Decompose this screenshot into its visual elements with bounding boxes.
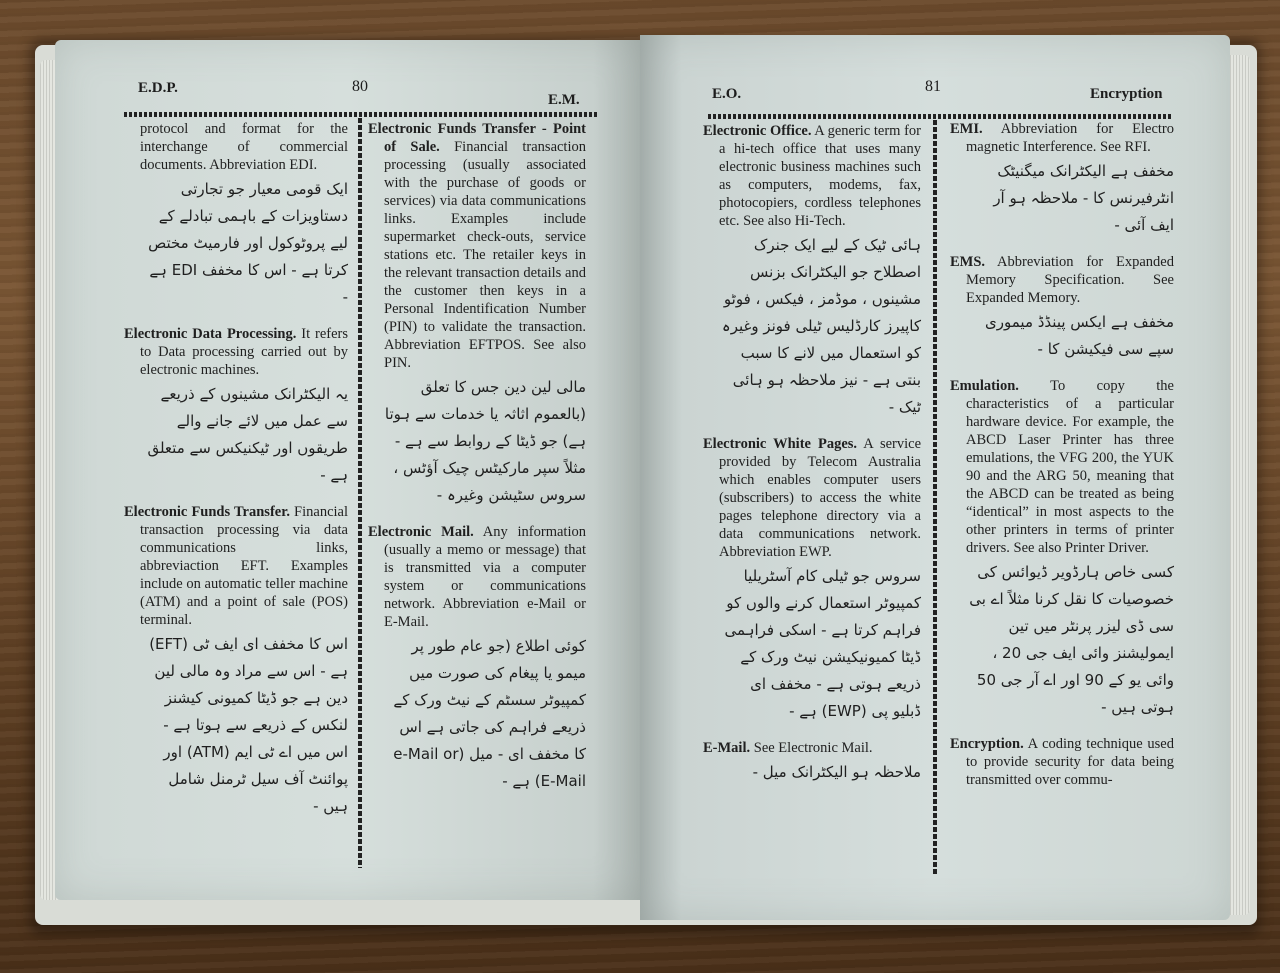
entry-urdu-definition: مخفف ہے ایکس پینڈڈ میموری سپے سی فیکیشن … [950, 309, 1174, 363]
right-page-column-1: Electronic Office. A generic term for a … [703, 122, 921, 800]
entry-urdu-definition: سروس جو ٹیلی کام آسٹریلیا کمپیوٹر استعما… [703, 563, 921, 725]
dictionary-entry: Electronic Data Processing. It refers to… [124, 325, 348, 489]
entry-urdu-definition: مالی لین دین جس کا تعلق (بالعموم اثاثہ ی… [368, 374, 586, 509]
entry-headword: Electronic Office. [703, 123, 811, 139]
entry-headword: Electronic Funds Transfer. [124, 504, 290, 520]
entry-urdu-definition: کسی خاص ہارڈویر ڈیوائس کی خصوصیات کا نقل… [950, 559, 1174, 721]
entry-english-definition: See Electronic Mail. [754, 740, 873, 756]
entry-english-definition: A service provided by Telecom Australia … [719, 436, 921, 560]
entry-headword: EMS. [950, 254, 985, 270]
entry-urdu-definition: اس کا مخفف ای ایف ٹی (EFT) ہے - اس سے مر… [124, 631, 348, 820]
dictionary-entry: Electronic Funds Transfer. Financial tra… [124, 503, 348, 820]
dictionary-entry: Encryption. A coding technique used to p… [950, 735, 1174, 789]
entry-urdu-definition: کوئی اطلاع (جو عام طور پر میمو یا پیغام … [368, 633, 586, 795]
dictionary-entry: Emulation. To copy the characteristics o… [950, 377, 1174, 721]
entry-urdu-definition: یہ الیکٹرانک مشینوں کے ذریعے سے عمل میں … [124, 381, 348, 489]
right-page-header-right: Encryption [1090, 86, 1163, 103]
right-page-column-divider [933, 120, 937, 875]
page-edges-right [1228, 55, 1250, 915]
dictionary-entry: EMS. Abbreviation for Expanded Memory Sp… [950, 253, 1174, 363]
entry-urdu-definition: ایک قومی معیار جو تجارتی دستاویزات کے با… [124, 176, 348, 311]
left-page-column-2: Electronic Funds Transfer - Point of Sal… [368, 120, 586, 809]
left-page-column-divider [358, 118, 362, 868]
dictionary-entry: E-Mail. See Electronic Mail. ملاحظہ ہو ا… [703, 739, 921, 786]
entry-english-definition: Financial transaction processing via dat… [140, 504, 348, 628]
dictionary-entry: EMI. Abbreviation for Electro magnetic I… [950, 120, 1174, 239]
entry-english-definition: Abbreviation for Electro magnetic Interf… [966, 121, 1174, 155]
entry-english-definition: To copy the characteristics of a particu… [966, 378, 1174, 556]
entry-headword: EMI. [950, 121, 983, 137]
entry-headword: Encryption. [950, 736, 1024, 752]
left-page-header-right: E.M. [548, 92, 580, 109]
entry-english-definition: Financial transaction processing (usuall… [384, 139, 586, 371]
entry-headword: Electronic Mail. [368, 524, 474, 540]
entry-english-definition: Abbreviation for Expanded Memory Specifi… [966, 254, 1174, 306]
dictionary-entry: protocol and format for the interchange … [124, 120, 348, 311]
left-page-number: 80 [352, 78, 368, 96]
right-page-dotted-rule [708, 114, 1173, 119]
entry-english-definition: protocol and format for the interchange … [140, 121, 348, 173]
entry-urdu-definition: مخفف ہے الیکٹرانک میگنیٹک انٹرفیرنس کا -… [950, 158, 1174, 239]
entry-urdu-definition: ہائی ٹیک کے لیے ایک جنرک اصطلاح جو الیکٹ… [703, 232, 921, 421]
left-page-header-left: E.D.P. [138, 80, 178, 97]
entry-headword: Emulation. [950, 378, 1019, 394]
entry-urdu-definition: ملاحظہ ہو الیکٹرانک میل - [703, 759, 921, 786]
dictionary-entry: Electronic White Pages. A service provid… [703, 435, 921, 725]
right-page-column-2: EMI. Abbreviation for Electro magnetic I… [950, 120, 1174, 803]
entry-headword: Electronic Data Processing. [124, 326, 296, 342]
left-page-column-1: protocol and format for the interchange … [124, 120, 348, 834]
dictionary-entry: Electronic Office. A generic term for a … [703, 122, 921, 421]
right-page-number: 81 [925, 78, 941, 96]
dictionary-entry: Electronic Funds Transfer - Point of Sal… [368, 120, 586, 509]
right-page-header-left: E.O. [712, 86, 741, 103]
dictionary-entry: Electronic Mail. Any information (usuall… [368, 523, 586, 795]
left-page-dotted-rule [124, 112, 599, 117]
entry-headword: E-Mail. [703, 740, 750, 756]
entry-headword: Electronic White Pages. [703, 436, 857, 452]
